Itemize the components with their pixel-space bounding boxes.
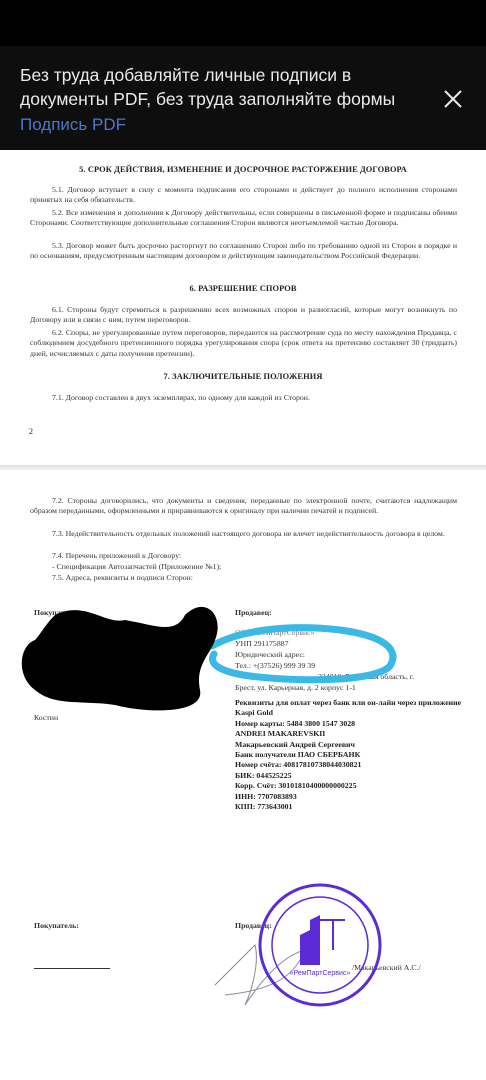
clause-7-5: 7.5. Адреса, реквизиты и подписи Сторон: bbox=[30, 573, 457, 583]
pdf-page-2: 5. СРОК ДЕЙСТВИЯ, ИЗМЕНЕНИЕ И ДОСРОЧНОЕ … bbox=[0, 150, 486, 465]
status-bar bbox=[0, 0, 486, 46]
bik: БИК: 044525225 bbox=[235, 771, 465, 781]
redaction-scribble bbox=[15, 595, 225, 720]
account-number: Номер счёта: 40817810738044030821 bbox=[235, 760, 465, 770]
page-number: 2 bbox=[29, 427, 33, 436]
banner-message: Без труда добавляйте личные подписи в до… bbox=[20, 63, 420, 111]
stamp-center-text: «РемПартСервис» bbox=[290, 970, 351, 977]
clause-7-4: 7.4. Перечень приложений к Договору: bbox=[30, 551, 457, 561]
clause-5-2: 5.2. Все изменения и дополнения к Догово… bbox=[30, 208, 457, 229]
clause-6-1: 6.1. Стороны будут стремиться к разрешен… bbox=[30, 305, 457, 326]
bank-heading: Реквизиты для оплат через банк или он-ла… bbox=[235, 698, 465, 719]
buyer-signature-line bbox=[34, 968, 110, 969]
close-icon bbox=[440, 86, 466, 112]
kpp: КПП: 773643001 bbox=[235, 802, 465, 812]
card-number: Номер карты: 5484 3800 1547 3028 bbox=[235, 719, 465, 729]
pdf-sign-promo-banner: Без труда добавляйте личные подписи в до… bbox=[0, 46, 486, 150]
section-7-title: 7. ЗАКЛЮЧИТЕЛЬНЫЕ ПОЛОЖЕНИЯ bbox=[0, 372, 486, 381]
clause-7-3: 7.3. Недействительность отдельных положе… bbox=[30, 529, 457, 539]
cardholder-latin: ANDREI MAKAREVSKII bbox=[235, 729, 465, 739]
inn: ИНН: 7707083893 bbox=[235, 792, 465, 802]
clause-5-1: 5.1. Договор вступает в силу с момента п… bbox=[30, 185, 457, 206]
seller-label: Продавец: bbox=[235, 608, 272, 618]
bank-name: Банк получатели ПАО СБЕРБАНК bbox=[235, 750, 465, 760]
company-stamp: «РемПартСервис» bbox=[255, 880, 385, 1010]
clause-7-1: 7.1. Договор составлен в двух экземпляра… bbox=[30, 393, 457, 403]
section-6-title: 6. РАЗРЕШЕНИЕ СПОРОВ bbox=[0, 284, 486, 293]
clause-7-2: 7.2. Стороны договорились, что документы… bbox=[30, 496, 457, 517]
close-banner-button[interactable] bbox=[440, 86, 466, 112]
appendix-item: - Спецификация Автозапчастей (Приложение… bbox=[30, 562, 457, 572]
section-5-title: 5. СРОК ДЕЙСТВИЯ, ИЗМЕНЕНИЕ И ДОСРОЧНОЕ … bbox=[0, 165, 486, 174]
clause-6-2: 6.2. Споры, не урегулированные путем пер… bbox=[30, 328, 457, 359]
signature-buyer-label: Покупатель: bbox=[34, 921, 79, 931]
highlight-ellipse-annotation bbox=[200, 620, 400, 690]
bank-details: Реквизиты для оплат через банк или он-ла… bbox=[235, 698, 465, 812]
cardholder-name: Макарьевский Андрей Сергеевич bbox=[235, 740, 465, 750]
pdf-sign-link[interactable]: Подпись PDF bbox=[20, 115, 126, 135]
clause-5-3: 5.3. Договор может быть досрочно расторг… bbox=[30, 241, 457, 262]
corr-account: Корр. Счёт: 30101810400000000225 bbox=[235, 781, 465, 791]
